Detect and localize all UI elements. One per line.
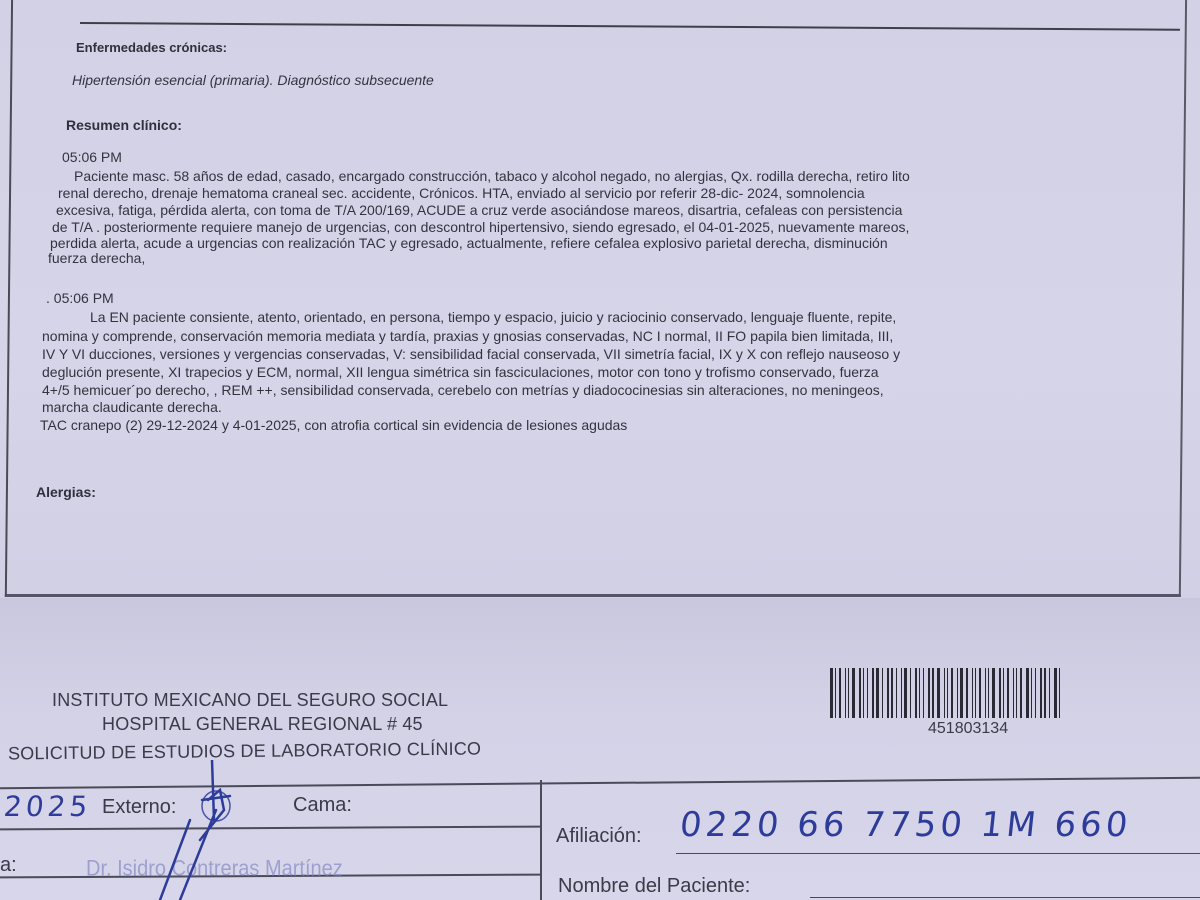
clinical-note-sheet: Enfermedades crónicas: Hipertensión esen… [0,0,1200,598]
entry-line: TAC cranepo (2) 29-12-2024 y 4-01-2025, … [40,416,900,435]
partial-field-label: a: [0,854,17,877]
entry-time: . 05:06 PM [46,289,900,308]
entry-line: La EN paciente consiente, atento, orient… [46,308,900,327]
barcode [830,668,1092,718]
form-column-divider [540,780,542,900]
nombre-label[interactable]: Nombre del Paciente: [558,875,750,898]
institution-name: INSTITUTO MEXICANO DEL SEGURO SOCIAL [52,690,448,711]
clinical-summary-label: Resumen clínico: [66,117,182,133]
chronic-diseases-value: Hipertensión esencial (primaria). Diagnó… [72,71,434,90]
signature-icon [120,760,260,900]
entry-line: deglución presente, XI trapecios y ECM, … [42,363,900,382]
hospital-name: HOSPITAL GENERAL REGIONAL # 45 [102,714,423,735]
cama-label: Cama: [293,794,352,817]
summary-entry-1: 05:06 PM Paciente masc. 58 años de edad,… [62,148,910,268]
nombre-underline [810,897,1200,898]
summary-entry-2: . 05:06 PM La EN paciente consiente, ate… [46,289,900,435]
afiliacion-underline [676,853,1200,854]
entry-line: nomina y comprende, conservación memoria… [42,327,900,346]
allergies-label: Alergias: [36,484,96,500]
date-handwritten: 2025 [2,790,93,823]
afiliacion-value[interactable]: 0220 66 7750 1M 660 [678,805,1134,845]
afiliacion-label[interactable]: Afiliación: [556,825,642,848]
barcode-number: 451803134 [928,720,1008,738]
entry-line: marcha claudicante derecha. [42,398,900,417]
chronic-diseases-label: Enfermedades crónicas: [76,40,227,55]
entry-time: 05:06 PM [62,148,910,167]
entry-line: IV Y VI ducciones, versiones y vergencia… [42,345,900,364]
entry-line: perdida alerta, acude a urgencias con re… [50,234,910,253]
